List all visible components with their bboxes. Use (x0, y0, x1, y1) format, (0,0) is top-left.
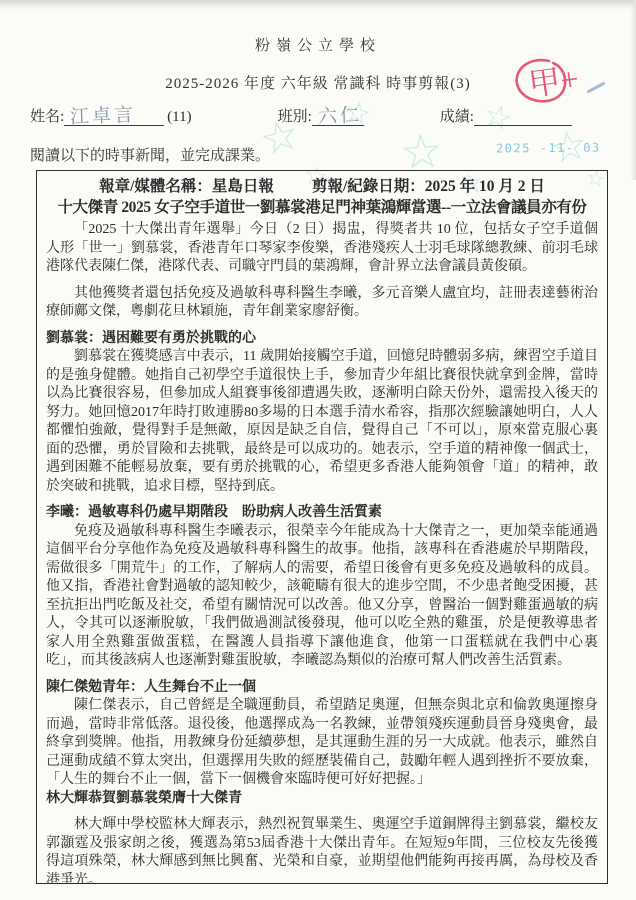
class-label: 班別: (278, 105, 312, 126)
section-paragraph: 林大輝中學校監林大輝表示，熱烈祝賀畢業生、奧運空手道銅牌得主劉慕裳，繼校友郭灝霆… (46, 816, 598, 884)
section-heading: 劉慕裳：遇困難要有勇於挑戰的心 (46, 330, 598, 349)
date-stamp: 2025 -11- 03 (496, 141, 601, 156)
score-label: 成績: (440, 105, 474, 126)
student-info-row: 姓名: 江卓言 (11) 班別: 六仁 成績: (30, 98, 610, 126)
article-headline: 十大傑青 2025 女子空手道世一劉慕裳港足門神葉鴻輝當選--一立法會議員亦有份 (46, 197, 598, 218)
student-number: (11) (167, 109, 191, 126)
name-handwritten: 江卓言 (70, 100, 137, 129)
article-source: 報章/媒體名稱：星島日報 (99, 176, 274, 197)
grade-text: 甲+ (526, 60, 581, 103)
section-paragraph: 陳仁傑表示，自己曾經是全職運動員，希望踏足奧運，但無奈與北京和倫敦奧運擦身而過，… (46, 697, 598, 790)
name-label: 姓名: (30, 105, 64, 126)
section-paragraph: 劉慕裳在獲獎感言中表示，11 歲開始接觸空手道，回憶兒時體弱多病，練習空手道目的… (46, 348, 598, 496)
class-handwritten: 六仁 (317, 100, 362, 129)
section-paragraph: 免疫及過敏科專科醫生李曦表示，很榮幸今年能成為十大傑青之一，更加榮幸能通過這個平… (46, 523, 598, 671)
section-heading: 李曦：過敏專科仍處早期階段 盼助病人改善生活質素 (46, 504, 598, 523)
section-heading: 陳仁傑勉青年：人生舞台不止一個 (46, 679, 598, 698)
instruction-text: 閱讀以下的時事新聞，並完成課業。 (30, 144, 270, 165)
article-paragraph: 其他獲獎者還包括免疫及過敏科專科醫生李曦，多元音樂人盧宜均，註冊表達藝術治療師鄺… (46, 285, 598, 322)
score-field (474, 103, 572, 126)
article-paragraph: 「2025 十大傑出青年選舉」今日（2 日）揭盅，得獎者共 10 位，包括女子空… (46, 221, 598, 277)
news-clipping-box: 報章/媒體名稱：星島日報 剪報/紀錄日期：2025 年 10 月 2 日 十大傑… (36, 170, 608, 884)
class-field: 六仁 (312, 103, 364, 126)
name-field: 江卓言 (64, 103, 164, 126)
section-heading: 林大輝恭賀劉慕裳榮膺十大傑青 (46, 790, 598, 809)
article-date: 剪報/紀錄日期：2025 年 10 月 2 日 (312, 176, 545, 197)
scan-edge-top (0, 0, 636, 10)
article-meta-row: 報章/媒體名稱：星島日報 剪報/紀錄日期：2025 年 10 月 2 日 (46, 176, 598, 197)
